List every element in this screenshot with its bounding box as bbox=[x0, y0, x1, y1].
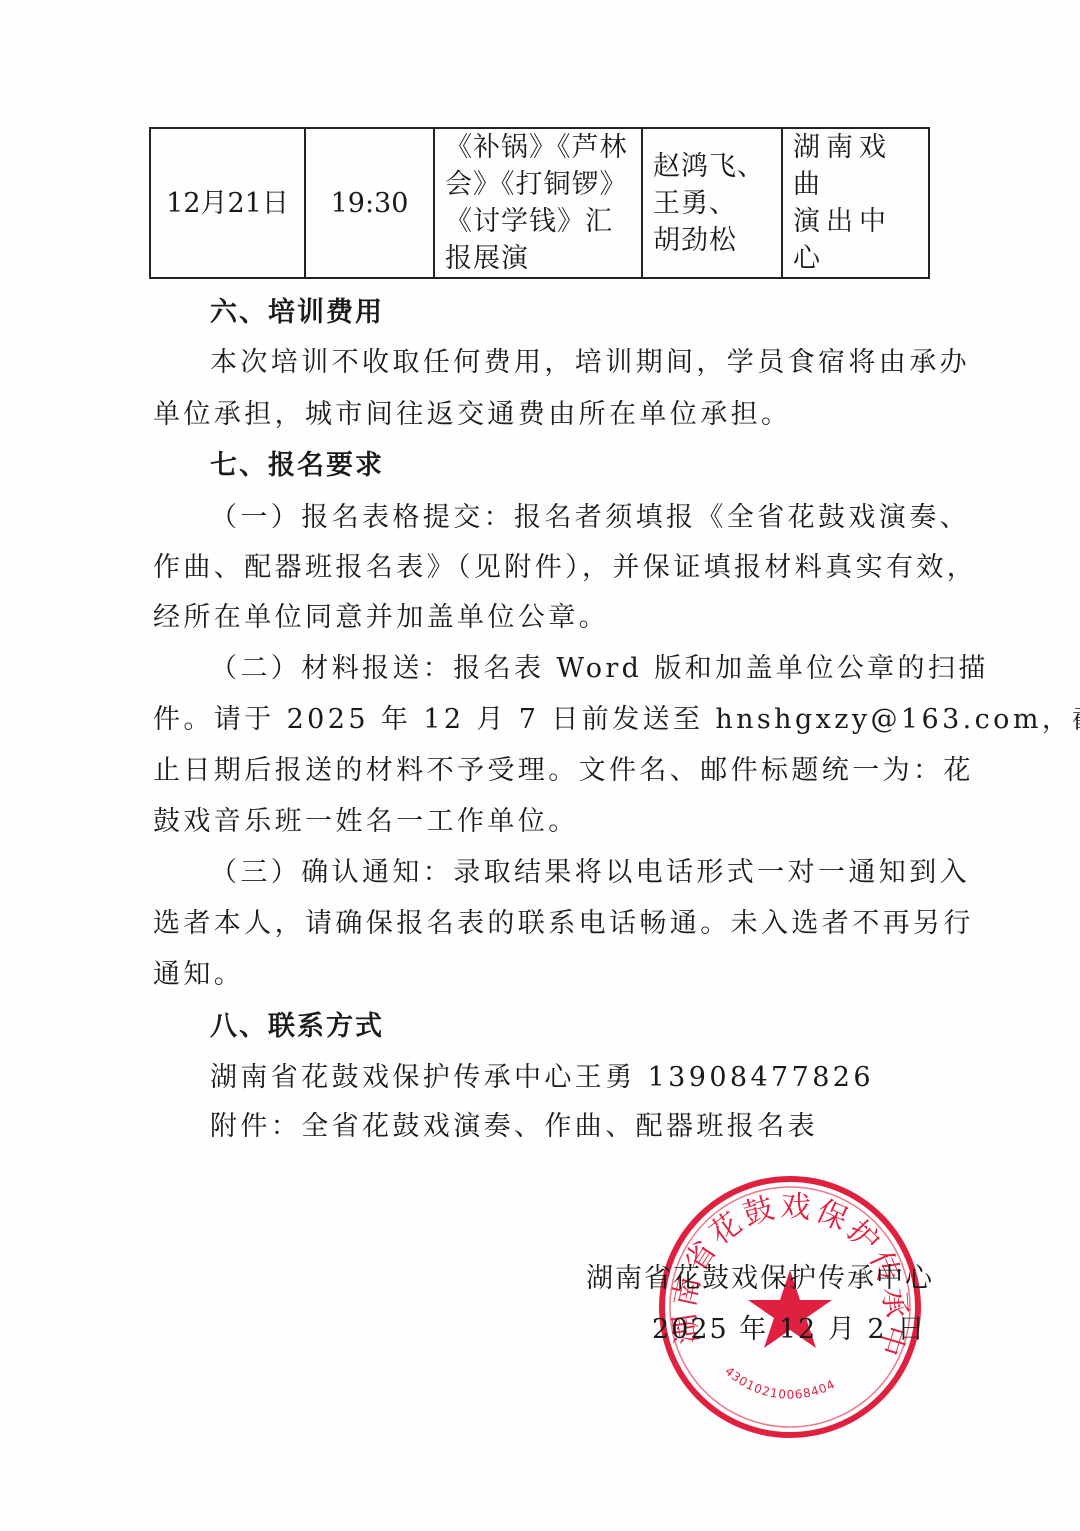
paragraph-line: 单位承担，城市间往返交通费由所在单位承担。 bbox=[153, 392, 791, 431]
cell-people: 赵鸿飞、 王勇、 胡劲松 bbox=[642, 128, 782, 278]
section-heading-fee: 六、培训费用 bbox=[210, 290, 384, 329]
contact-line: 湖南省花鼓戏保护传承中心王勇 13908477826 bbox=[210, 1055, 874, 1094]
cell-program: 《补锅》《芦林 会》《打铜锣》 《讨学钱》汇 报展演 bbox=[434, 128, 642, 278]
paragraph-line: 本次培训不收取任何费用，培训期间，学员食宿将由承办 bbox=[210, 340, 970, 379]
paragraph-line: 通知。 bbox=[153, 952, 244, 991]
venue-line: 湖南戏曲 bbox=[793, 129, 918, 203]
attachment-line: 附件：全省花鼓戏演奏、作曲、配器班报名表 bbox=[210, 1104, 818, 1143]
signature-organization: 湖南省花鼓戏保护传承中心 bbox=[586, 1256, 934, 1295]
paragraph-line: 鼓戏音乐班一姓名一工作单位。 bbox=[153, 799, 579, 838]
people-line: 赵鸿飞、 bbox=[653, 148, 771, 185]
paragraph-line: 止日期后报送的材料不予受理。文件名、邮件标题统一为：花 bbox=[153, 748, 974, 787]
cell-venue: 湖南戏曲 演出中心 bbox=[782, 128, 929, 278]
section-heading-registration: 七、报名要求 bbox=[210, 443, 384, 482]
paragraph-line: （三）确认通知：录取结果将以电话形式一对一通知到入 bbox=[210, 850, 970, 889]
cell-time: 19:30 bbox=[305, 128, 434, 278]
paragraph-line: 选者本人，请确保报名表的联系电话畅通。未入选者不再另行 bbox=[153, 901, 974, 940]
signature-date: 2025 年 12 月 2 日 bbox=[652, 1307, 926, 1346]
document-page: 12月21日 19:30 《补锅》《芦林 会》《打铜锣》 《讨学钱》汇 报展演 … bbox=[0, 0, 1080, 1531]
program-line: 《讨学钱》汇 bbox=[445, 203, 631, 240]
people-line: 王勇、 bbox=[653, 185, 771, 222]
paragraph-line: 件。请于 2025 年 12 月 7 日前发送至 hnshgxzy@163.co… bbox=[153, 697, 1080, 736]
table-row: 12月21日 19:30 《补锅》《芦林 会》《打铜锣》 《讨学钱》汇 报展演 … bbox=[150, 128, 929, 278]
cell-date: 12月21日 bbox=[150, 128, 305, 278]
program-line: 会》《打铜锣》 bbox=[445, 166, 631, 203]
section-heading-contact: 八、联系方式 bbox=[210, 1004, 384, 1043]
svg-text:43010210068404: 43010210068404 bbox=[722, 1364, 838, 1402]
paragraph-line: 作曲、配器班报名表》（见附件），并保证填报材料真实有效， bbox=[153, 545, 977, 584]
paragraph-line: 经所在单位同意并加盖单位公章。 bbox=[153, 595, 609, 634]
venue-line: 演出中心 bbox=[793, 203, 918, 277]
schedule-table: 12月21日 19:30 《补锅》《芦林 会》《打铜锣》 《讨学钱》汇 报展演 … bbox=[149, 127, 930, 279]
program-line: 报展演 bbox=[445, 240, 631, 277]
program-line: 《补锅》《芦林 bbox=[445, 129, 631, 166]
people-line: 胡劲松 bbox=[653, 222, 771, 259]
paragraph-line: （二）材料报送：报名表 Word 版和加盖单位公章的扫描 bbox=[210, 646, 989, 685]
paragraph-line: （一）报名表格提交：报名者须填报《全省花鼓戏演奏、 bbox=[210, 495, 970, 534]
